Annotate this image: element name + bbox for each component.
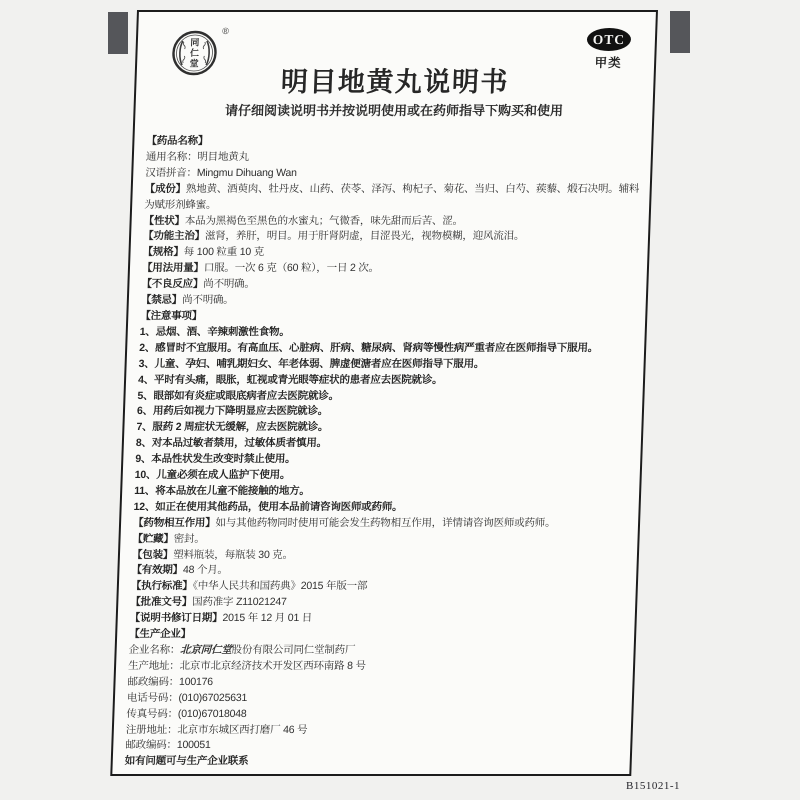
- line-text: 3、儿童、孕妇、哺乳期妇女、年老体弱、脾虚便溏者应在医师指导下服用。: [138, 358, 484, 370]
- body-line: 【药物相互作用】如与其他药物同时使用可能会发生药物相互作用，详情请咨询医师或药师…: [133, 516, 633, 532]
- line-text: 6、用药后如视力下降明显应去医院就诊。: [137, 405, 328, 417]
- section-label: 【有效期】: [131, 564, 183, 576]
- scan-registration-mark-left: [108, 12, 128, 54]
- section-label: 【禁忌】: [141, 294, 183, 306]
- scan-registration-mark-right: [670, 11, 690, 53]
- line-text: 汉语拼音：Mingmu Dihuang Wan: [145, 167, 297, 179]
- line-text: 如与其他药物同时使用可能会发生药物相互作用，详情请咨询医师或药师。: [215, 517, 555, 529]
- section-label: 【批准文号】: [130, 596, 192, 608]
- section-label: 【贮藏】: [132, 533, 174, 545]
- body-line: 【有效期】48 个月。: [131, 563, 631, 579]
- registered-trademark-icon: ®: [222, 26, 229, 36]
- body-line: 【生产企业】: [129, 627, 629, 643]
- scanned-leaflet-page: { "page": { "batch_code": "B151021-1" },…: [0, 0, 800, 800]
- line-text: 尚不明确。: [182, 294, 234, 306]
- leaflet-sheet: 同 仁 堂 ® OTC 甲类 明目地黄丸说明书 请仔细阅读说明书并按说明使用或在…: [110, 10, 658, 776]
- body-line: 11、将本品放在儿童不能接触的地方。: [134, 484, 634, 500]
- body-line: 【药品名称】: [146, 134, 646, 150]
- section-label: 【药品名称】: [146, 135, 208, 147]
- line-text: 每 100 粒重 10 克: [184, 246, 265, 258]
- body-line: 【执行标准】《中华人民共和国药典》2015 年版一部: [131, 579, 631, 595]
- section-label: 【说明书修订日期】: [130, 612, 223, 624]
- body-line: 如有问题可与生产企业联系: [124, 754, 624, 770]
- line-text: 塑料瓶装，每瓶装 30 克。: [173, 549, 293, 561]
- section-label: 【注意事项】: [140, 310, 202, 322]
- svg-text:仁: 仁: [190, 47, 199, 58]
- body-line: 注册地址：北京市东城区西打磨厂 46 号: [126, 723, 626, 739]
- line-text: 注册地址：北京市东城区西打磨厂 46 号: [126, 724, 308, 736]
- section-label: 【用法用量】: [142, 262, 204, 274]
- line-text: 密封。: [174, 533, 205, 545]
- section-label: 【性状】: [143, 215, 185, 227]
- body-line: 12、如正在使用其他药品，使用本品前请咨询医师或药师。: [133, 500, 633, 516]
- body-line: 8、对本品过敏者禁用，过敏体质者慎用。: [136, 436, 636, 452]
- body-line: 生产地址：北京市北京经济技术开发区西环南路 8 号: [128, 659, 628, 675]
- line-text: 电话号码：(010)67025631: [127, 692, 248, 704]
- line-text: 生产地址：北京市北京经济技术开发区西环南路 8 号: [128, 660, 366, 672]
- line-text: 8、对本品过敏者禁用，过敏体质者慎用。: [136, 437, 327, 449]
- body-line: 6、用药后如视力下降明显应去医院就诊。: [137, 404, 637, 420]
- body-line: 传真号码：(010)67018048: [126, 707, 626, 723]
- section-label: 【生产企业】: [129, 628, 191, 640]
- line-text: 通用名称：明目地黄丸: [146, 151, 249, 163]
- svg-text:同: 同: [190, 38, 199, 48]
- line-text: 尚不明确。: [203, 278, 255, 290]
- body-line: 3、儿童、孕妇、哺乳期妇女、年老体弱、脾虚便溏者应在医师指导下服用。: [138, 357, 638, 373]
- line-text: 熟地黄、酒萸肉、牡丹皮、山药、茯苓、泽泻、枸杞子、菊花、当归、白芍、蒺藜、煅石决…: [144, 183, 639, 211]
- line-text: 如有问题可与生产企业联系: [125, 755, 249, 767]
- line-text: 4、平时有头痛，眼胀，虹视或青光眼等症状的患者应去医院就诊。: [138, 374, 443, 386]
- line-text: 本品为黑褐色至黑色的水蜜丸；气微香，味先甜而后苦、涩。: [185, 215, 464, 227]
- section-label: 【药物相互作用】: [133, 517, 216, 529]
- body-line: 【用法用量】口服。一次 6 克（60 粒），一日 2 次。: [142, 261, 642, 277]
- body-line: 7、服药 2 周症状无缓解，应去医院就诊。: [136, 420, 636, 436]
- line-text: 《中华人民共和国药典》2015 年版一部: [192, 580, 367, 592]
- leaflet-subtitle: 请仔细阅读说明书并按说明使用或在药师指导下购买和使用: [135, 100, 653, 119]
- body-line: 【批准文号】国药准字 Z11021247: [130, 595, 630, 611]
- body-line: 【贮藏】密封。: [132, 532, 632, 548]
- body-line: 【成份】熟地黄、酒萸肉、牡丹皮、山药、茯苓、泽泻、枸杞子、菊花、当归、白芍、蒺藜…: [144, 182, 644, 214]
- body-line: 【包装】塑料瓶装，每瓶装 30 克。: [132, 548, 632, 564]
- body-line: 【说明书修订日期】2015 年 12 月 01 日: [129, 611, 629, 627]
- batch-code: B151021-1: [626, 780, 680, 792]
- section-label: 【规格】: [142, 246, 184, 258]
- body-line: 【禁忌】尚不明确。: [141, 293, 641, 309]
- body-line: 5、眼部如有炎症或眼底病者应去医院就诊。: [137, 389, 637, 405]
- line-text: 滋肾，养肝，明目。用于肝肾阴虚，目涩畏光，视物模糊，迎风流泪。: [205, 230, 525, 242]
- body-line: 【功能主治】滋肾，养肝，明目。用于肝肾阴虚，目涩畏光，视物模糊，迎风流泪。: [143, 229, 643, 245]
- body-line: 邮政编码：100051: [125, 738, 625, 754]
- line-text: 企业名称：: [128, 644, 180, 656]
- section-label: 【不良反应】: [141, 278, 203, 290]
- line-text: 10、儿童必须在成人监护下使用。: [135, 469, 291, 481]
- line-text: 11、将本品放在儿童不能接触的地方。: [134, 485, 310, 497]
- line-text: 5、眼部如有炎症或眼底病者应去医院就诊。: [137, 390, 339, 402]
- line-text: 口服。一次 6 克（60 粒），一日 2 次。: [204, 262, 380, 274]
- body-line: 【规格】每 100 粒重 10 克: [142, 245, 642, 261]
- body-line: 【不良反应】尚不明确。: [141, 277, 641, 293]
- line-text: 股份有限公司同仁堂制药厂: [231, 644, 355, 656]
- line-text: 2、感冒时不宜服用。有高血压、心脏病、肝病、糖尿病、肾病等慢性病严重者应在医师指…: [139, 342, 598, 354]
- body-line: 通用名称：明目地黄丸: [146, 150, 646, 166]
- otc-badge: OTC: [587, 28, 632, 51]
- line-text: 2015 年 12 月 01 日: [222, 612, 312, 624]
- line-text: 7、服药 2 周症状无缓解，应去医院就诊。: [136, 421, 328, 433]
- body-line: 企业名称：北京同仁堂股份有限公司同仁堂制药厂: [128, 643, 628, 659]
- line-text: 传真号码：(010)67018048: [126, 708, 247, 720]
- line-text: 9、本品性状发生改变时禁止使用。: [135, 453, 296, 465]
- section-label: 【成份】: [145, 183, 187, 195]
- section-label: 【包装】: [132, 549, 174, 561]
- body-line: 9、本品性状发生改变时禁止使用。: [135, 452, 635, 468]
- body-line: 2、感冒时不宜服用。有高血压、心脏病、肝病、糖尿病、肾病等慢性病严重者应在医师指…: [139, 341, 639, 357]
- line-text: 48 个月。: [183, 564, 228, 576]
- section-label: 【执行标准】: [131, 580, 193, 592]
- body-line: 【性状】本品为黑褐色至黑色的水蜜丸；气微香，味先甜而后苦、涩。: [143, 214, 643, 230]
- line-text: 邮政编码：100176: [127, 676, 213, 688]
- body-line: 4、平时有头痛，眼胀，虹视或青光眼等症状的患者应去医院就诊。: [138, 373, 638, 389]
- body-line: 邮政编码：100176: [127, 675, 627, 691]
- body-line: 电话号码：(010)67025631: [127, 691, 627, 707]
- line-text: 1、忌烟、酒、辛辣刺激性食物。: [140, 326, 290, 338]
- body-line: 1、忌烟、酒、辛辣刺激性食物。: [139, 325, 639, 341]
- body-line: 【注意事项】: [140, 309, 640, 325]
- leaflet-body: 【药品名称】通用名称：明目地黄丸汉语拼音：Mingmu Dihuang Wan【…: [124, 134, 645, 770]
- line-text: 12、如正在使用其他药品，使用本品前请咨询医师或药师。: [133, 501, 402, 513]
- brand-script-text: 北京同仁堂: [180, 644, 232, 656]
- line-text: 国药准字 Z11021247: [192, 596, 287, 608]
- leaflet-title: 明目地黄丸说明书: [136, 60, 654, 99]
- body-line: 10、儿童必须在成人监护下使用。: [134, 468, 634, 484]
- body-line: 汉语拼音：Mingmu Dihuang Wan: [145, 166, 645, 182]
- section-label: 【功能主治】: [143, 230, 205, 242]
- line-text: 邮政编码：100051: [125, 739, 211, 751]
